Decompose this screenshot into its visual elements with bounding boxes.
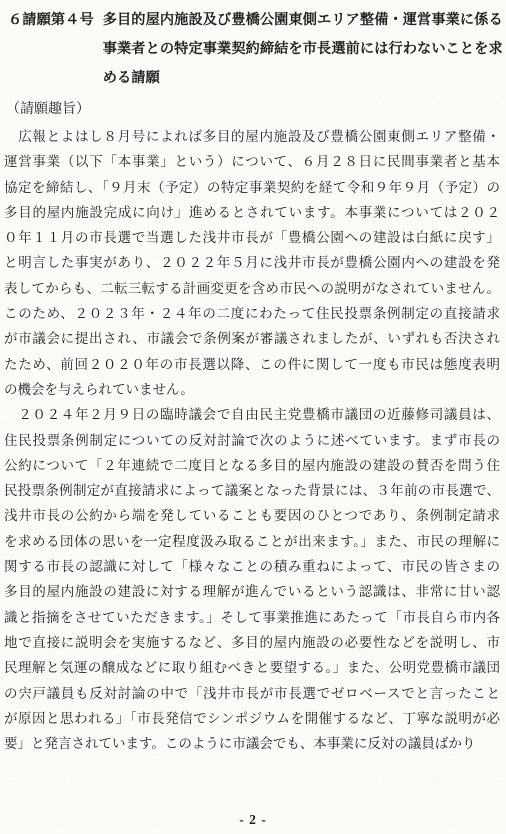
text-line: このため、２０２３年・２４年の二度にわたって住民投票条例制定の直接請求: [4, 301, 500, 326]
text-line: と明言した事実があり、２０２２年５月に浅井市長が豊橋公園内への建設を発: [4, 250, 500, 275]
text-line: 運営事業（以下「本事業」という）について、６月２８日に民間事業者と基本: [4, 149, 500, 174]
text-line: を求める団体の思いを一定程度汲み取ることが出来ます。」また、市民の理解に: [4, 529, 500, 554]
text-line: が市議会に提出され、市議会で条例案が審議されましたが、いずれも否決され: [4, 326, 500, 351]
text-line: 識と指摘をさせていただきます。」そして事業推進にあたって「市長自ら市内各: [4, 605, 500, 630]
page-number: - 2 -: [0, 812, 506, 828]
text-line: 要」と発言されています。このように市議会でも、本事業に反対の議員ばかり: [4, 731, 500, 756]
text-line: 多目的屋内施設完成に向け」進めるとされています。本事業については２０２: [4, 200, 500, 225]
text-line: ２０２４年２月９日の臨時議会で自由民主党豊橋市議団の近藤修司議員は、: [4, 402, 500, 427]
text-line: 公約について「２年連続で二度目となる多目的屋内施設の建設の賛否を問う住: [4, 453, 500, 478]
petition-body: 広報とよはし８月号によれば多目的屋内施設及び豊橋公園東側エリア整備・運営事業（以…: [4, 124, 500, 756]
text-line: 関する市長の認識に対して「様々なことの積み重ねによって、市民の皆さまの: [4, 554, 500, 579]
petition-paragraph-2: ２０２４年２月９日の臨時議会で自由民主党豊橋市議団の近藤修司議員は、住民投票条例…: [4, 402, 500, 756]
text-line: 事業者との特定事業契約締結を市長選前には行わないことを求: [103, 35, 505, 64]
text-line: 多目的屋内施設の建設に対する理解が進んでいるという認識は、非常に甘い認: [4, 579, 500, 604]
text-line: 多目的屋内施設及び豊橋公園東側エリア整備・運営事業に係る: [103, 6, 505, 35]
text-line: ０年１１月の市長選で当選した浅井市長が「豊橋公園への建設は白紙に戻す」: [4, 225, 500, 250]
text-line: の機会を与えられていません。: [4, 377, 500, 402]
petition-title: 多目的屋内施設及び豊橋公園東側エリア整備・運営事業に係る事業者との特定事業契約締…: [103, 6, 505, 93]
text-line: める請願: [103, 64, 505, 93]
text-line: 協定を締結し、「９月末（予定）の特定事業契約を経て令和９年９月（予定）の: [4, 175, 500, 200]
text-line: 浅井市長の公約から端を発していることも要因のひとつであり、条例制定請求: [4, 503, 500, 528]
petition-purpose-heading: （請願趣旨）: [6, 101, 90, 119]
text-line: 表してからも、二転三転する計画変更を含め市民への説明がなされていません。: [4, 276, 500, 301]
petition-paragraph-1: 広報とよはし８月号によれば多目的屋内施設及び豊橋公園東側エリア整備・運営事業（以…: [4, 124, 500, 402]
text-line: 民理解と気運の醸成などに取り組むべきと要望する。」また、公明党豊橋市議団: [4, 655, 500, 680]
petition-document-page: ６請願第４号 多目的屋内施設及び豊橋公園東側エリア整備・運営事業に係る事業者との…: [0, 0, 506, 834]
text-line: が原因と思われる」「市長発信でシンポジウムを開催するなど、丁寧な説明が必: [4, 706, 500, 731]
text-line: 民投票条例制定が直接請求によって議案となった背景には、３年前の市長選で、: [4, 478, 500, 503]
text-line: 住民投票条例制定についての反対討論で次のように述べています。まず市長の: [4, 428, 500, 453]
petition-header: ６請願第４号 多目的屋内施設及び豊橋公園東側エリア整備・運営事業に係る事業者との…: [8, 6, 505, 93]
text-line: 地で直接に説明会を実施するなど、多目的屋内施設の必要性などを説明し、市: [4, 630, 500, 655]
petition-case-number: ６請願第４号: [8, 6, 94, 93]
text-line: の宍戸議員も反対討論の中で「浅井市長が市長選でゼロベースでと言ったこと: [4, 681, 500, 706]
text-line: 広報とよはし８月号によれば多目的屋内施設及び豊橋公園東側エリア整備・: [4, 124, 500, 149]
text-line: たため、前回２０２０年の市長選以降、この件に関して一度も市民は態度表明: [4, 352, 500, 377]
